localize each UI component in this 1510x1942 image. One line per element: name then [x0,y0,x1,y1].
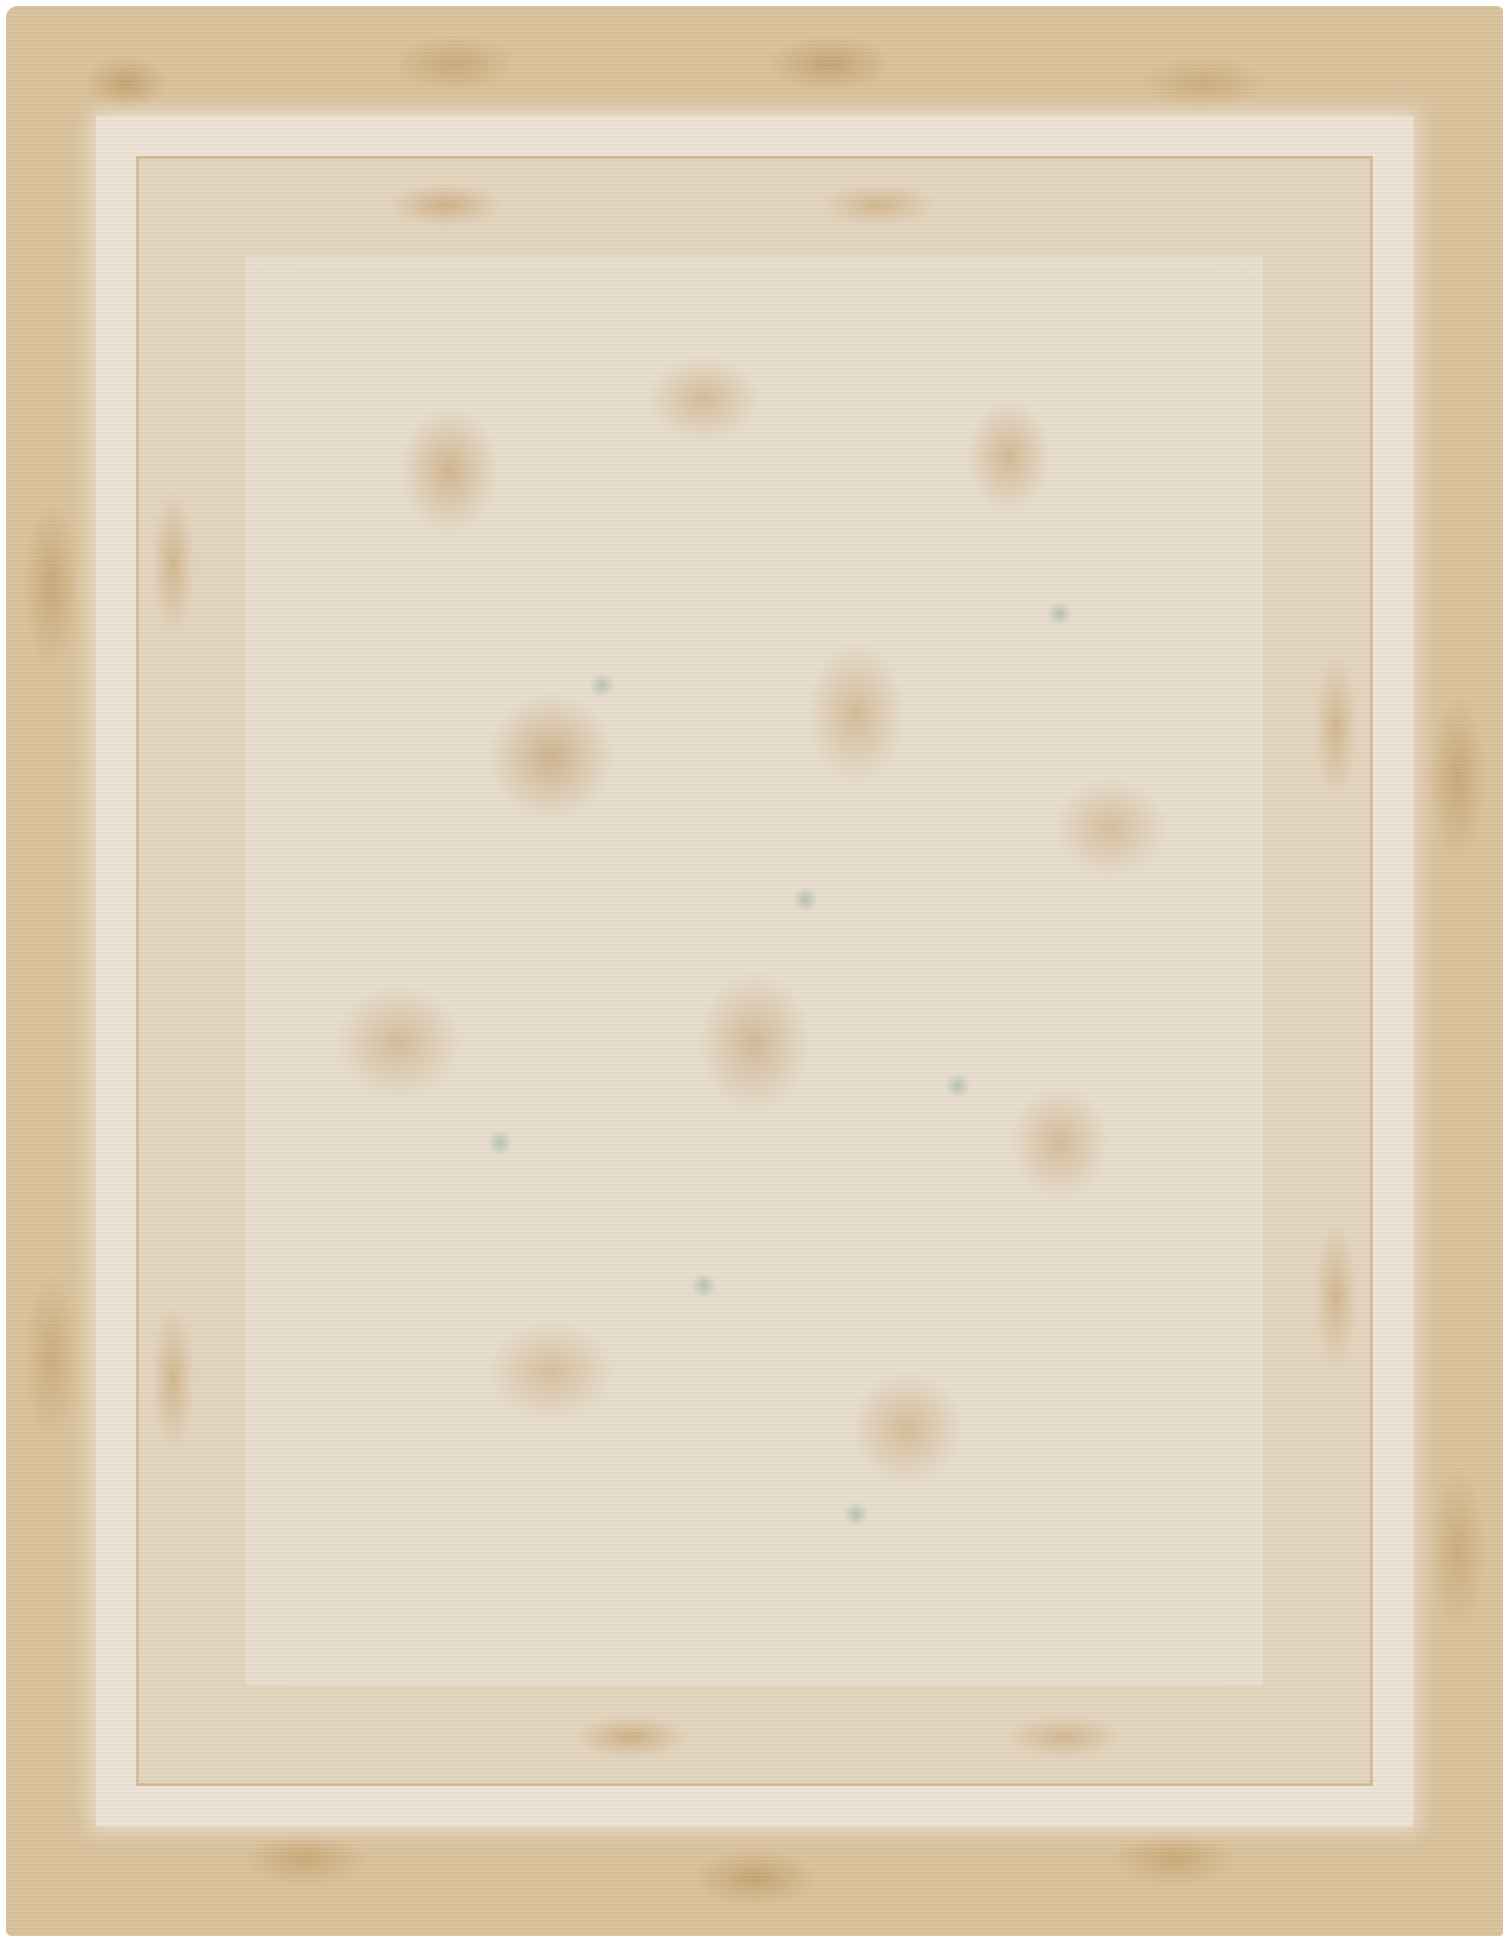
rug-field [246,256,1263,1686]
rug-photo [6,6,1503,1936]
